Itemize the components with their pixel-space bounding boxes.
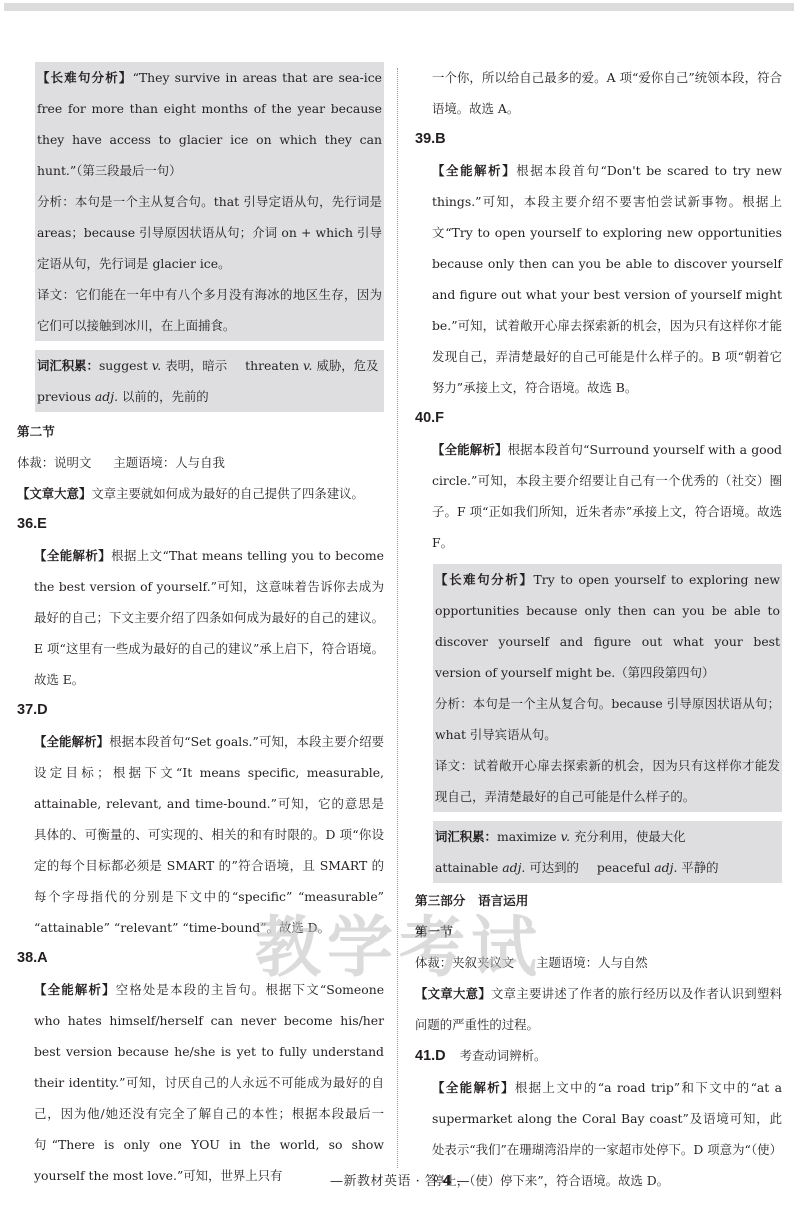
vocab-pos: adj.: [95, 389, 118, 404]
long-sentence-source: （第三段最后一句）: [76, 163, 181, 178]
analysis-tag: 全能解析: [34, 982, 116, 997]
question-40-analysis: 全能解析根据本段首句“Surround yourself with a good…: [432, 434, 782, 558]
long-sentence-tag: 长难句分析: [435, 572, 534, 587]
long-sentence-analysis: 分析：本句是一个主从复合句。because 引导原因状语从句；what 引导宾语…: [435, 688, 780, 750]
long-sentence-analysis: 分析：本句是一个主从复合句。that 引导定语从句，先行词是 areas；bec…: [37, 186, 382, 279]
genre-line: 体裁：说明文主题语境：人与自我: [17, 447, 384, 478]
top-scan-bar: [4, 3, 794, 11]
question-39-analysis: 全能解析根据本段首句“Don't be scared to try new th…: [432, 155, 782, 403]
long-sentence-translation: 译文：它们能在一年中有八个多月没有海冰的地区生存，因为它们可以接触到冰川，在上面…: [37, 279, 382, 341]
vocab-box-1: 词汇积累：suggest v. 表明，暗示threaten v. 威胁，危及 p…: [35, 350, 384, 412]
part-title: 第三部分 语言运用: [415, 885, 782, 916]
long-sentence-quote: Try to open yourself to exploring new op…: [435, 572, 780, 680]
vocab-pos: v.: [561, 829, 570, 844]
vocab-word: previous: [37, 389, 91, 404]
question-37-analysis: 全能解析根据本段首句“Set goals.”可知，本段主要介绍要设定目标；根据下…: [34, 726, 384, 943]
question-36-analysis: 全能解析根据上文“That means telling you to becom…: [34, 540, 384, 695]
question-36-header: 36.E: [17, 509, 384, 540]
vocab-word: maximize: [497, 829, 557, 844]
analysis-tag: 全能解析: [34, 548, 111, 563]
vocab-word: peaceful: [597, 860, 650, 875]
long-sentence-tag: 长难句分析: [37, 70, 133, 85]
vocab-meaning: 以前的，先前的: [122, 389, 209, 404]
genre: 体裁：夹叙夹议文: [415, 955, 514, 970]
vocab-tag: 词汇积累：: [37, 358, 99, 373]
theme: 主题语境：人与自然: [536, 955, 648, 970]
vocab-meaning: 威胁，危及: [316, 358, 378, 373]
right-column: 一个你，所以给自己最多的爱。A 项“爱你自己”统领本段，符合语境。故选 A。 3…: [432, 62, 782, 1196]
question-37-header: 37.D: [17, 695, 384, 726]
vocab-word: suggest: [99, 358, 148, 373]
long-sentence-source: （第四段第四句）: [615, 665, 714, 680]
long-sentence-box-1: 长难句分析“They survive in areas that are sea…: [35, 62, 384, 341]
analysis-tag: 全能解析: [432, 1080, 515, 1095]
question-38-continued: 一个你，所以给自己最多的爱。A 项“爱你自己”统领本段，符合语境。故选 A。: [432, 62, 782, 124]
vocab-word: attainable: [435, 860, 498, 875]
question-38-analysis: 全能解析空格处是本段的主旨句。根据下文“Someone who hates hi…: [34, 974, 384, 1191]
column-divider: [397, 68, 398, 1168]
question-38-header: 38.A: [17, 943, 384, 974]
summary-text: 文章主要就如何成为最好的自己提供了四条建议。: [91, 486, 364, 501]
vocab-tag: 词汇积累：: [435, 829, 497, 844]
analysis-text: 根据本段首句“Don't be scared to try new things…: [432, 163, 782, 395]
question-41-header: 41.D考查动词辨析。: [415, 1040, 782, 1072]
vocab-meaning: 表明，暗示: [165, 358, 227, 373]
vocab-pos: adj.: [502, 860, 525, 875]
analysis-tag: 全能解析: [432, 442, 508, 457]
analysis-tag: 全能解析: [432, 163, 516, 178]
long-sentence-quote: “They survive in areas that are sea-ice …: [37, 70, 382, 178]
article-summary: 文章大意文章主要就如何成为最好的自己提供了四条建议。: [17, 478, 384, 509]
analysis-tag: 全能解析: [34, 734, 109, 749]
theme: 主题语境：人与自我: [113, 455, 225, 470]
genre-line: 体裁：夹叙夹议文主题语境：人与自然: [415, 947, 782, 978]
footer-dash: —: [452, 1174, 470, 1189]
question-topic: 考查动词辨析。: [460, 1048, 547, 1063]
vocab-box-2: 词汇积累：maximize v. 充分利用，使最大化 attainable ad…: [433, 821, 782, 883]
vocab-meaning: 可达到的: [529, 860, 579, 875]
footer-label: —新教材英语 · 答: [330, 1174, 443, 1189]
vocab-meaning: 充分利用，使最大化: [574, 829, 686, 844]
vocab-word: threaten: [245, 358, 299, 373]
article-summary: 文章大意文章主要讲述了作者的旅行经历以及作者认识到塑料问题的严重性的过程。: [415, 978, 782, 1040]
vocab-pos: v.: [303, 358, 312, 373]
vocab-pos: v.: [152, 358, 161, 373]
analysis-text: 空格处是本段的主旨句。根据下文“Someone who hates himsel…: [34, 982, 384, 1183]
left-column: 长难句分析“They survive in areas that are sea…: [34, 62, 384, 1191]
question-number: 41.D: [415, 1048, 446, 1064]
summary-tag: 文章大意: [415, 986, 491, 1001]
analysis-text: 根据上文“That means telling you to become th…: [34, 548, 384, 687]
section-title: 第二节: [17, 416, 384, 447]
long-sentence-translation: 译文：试着敞开心扉去探索新的机会，因为只有这样你才能发现自己，弄清楚最好的自己可…: [435, 750, 780, 812]
question-39-header: 39.B: [415, 124, 782, 155]
analysis-text: 根据本段首句“Set goals.”可知，本段主要介绍要设定目标；根据下文“It…: [34, 734, 384, 935]
page-footer: —新教材英语 · 答 4 —: [0, 1170, 800, 1189]
analysis-text: 根据本段首句“Surround yourself with a good cir…: [432, 442, 782, 550]
summary-tag: 文章大意: [17, 486, 91, 501]
long-sentence-box-2: 长难句分析Try to open yourself to exploring n…: [433, 564, 782, 812]
vocab-pos: adj.: [654, 860, 677, 875]
question-40-header: 40.F: [415, 403, 782, 434]
vocab-meaning: 平静的: [681, 860, 718, 875]
page-number: 4: [443, 1172, 452, 1189]
genre: 体裁：说明文: [17, 455, 91, 470]
section-title: 第一节: [415, 916, 782, 947]
